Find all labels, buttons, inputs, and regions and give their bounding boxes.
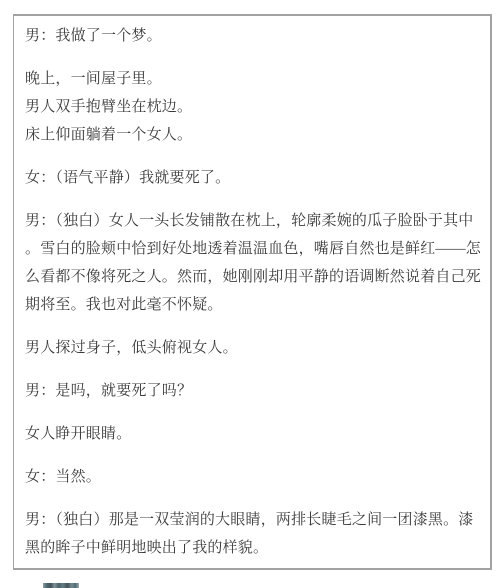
paragraph: 男：（独白）那是一双莹润的大眼睛，两排长睫毛之间一团漆黑。漆黑的眸子中鲜明地映出… — [25, 506, 480, 562]
script-line: 床上仰面躺着一个女人。 — [25, 121, 480, 149]
paragraph: 女人睁开眼睛。 — [25, 420, 480, 448]
script-line: 男：我做了一个梦。 — [25, 22, 480, 50]
script-line: 么看都不像将死之人。然而，她刚刚却用平静的语调断然说着自己死 — [25, 263, 480, 291]
paragraph: 女：（语气平静）我就要死了。 — [25, 164, 480, 192]
script-line: 晚上，一间屋子里。 — [25, 65, 480, 93]
script-line: 女：当然。 — [25, 463, 480, 491]
paragraph: 男：是吗，就要死了吗？ — [25, 377, 480, 405]
script-line: 黑的眸子中鲜明地映出了我的样貌。 — [25, 534, 480, 562]
script-line: 男人双手抱臂坐在枕边。 — [25, 93, 480, 121]
cutoff-watermark — [43, 583, 79, 588]
paragraph: 男：我做了一个梦。 — [25, 22, 480, 50]
script-line: 男：是吗，就要死了吗？ — [25, 377, 480, 405]
script-line: 女：（语气平静）我就要死了。 — [25, 164, 480, 192]
script-paragraphs: 男：我做了一个梦。晚上，一间屋子里。男人双手抱臂坐在枕边。床上仰面躺着一个女人。… — [25, 22, 480, 562]
script-line: 男：（独白）那是一双莹润的大眼睛，两排长睫毛之间一团漆黑。漆 — [25, 506, 480, 534]
script-line: 期将至。我也对此毫不怀疑。 — [25, 291, 480, 319]
script-line: 男：（独白）女人一头长发铺散在枕上，轮廓柔婉的瓜子脸卧于其中 — [25, 207, 480, 235]
paragraph: 男人探过身子，低头俯视女人。 — [25, 334, 480, 362]
paragraph: 晚上，一间屋子里。男人双手抱臂坐在枕边。床上仰面躺着一个女人。 — [25, 65, 480, 149]
script-document-panel: 男：我做了一个梦。晚上，一间屋子里。男人双手抱臂坐在枕边。床上仰面躺着一个女人。… — [13, 14, 492, 570]
paragraph: 男：（独白）女人一头长发铺散在枕上，轮廓柔婉的瓜子脸卧于其中。雪白的脸颊中恰到好… — [25, 207, 480, 319]
page-root: { "page": { "background": "#ffffff" }, "… — [0, 0, 499, 588]
paragraph: 女：当然。 — [25, 463, 480, 491]
script-line: 女人睁开眼睛。 — [25, 420, 480, 448]
script-line: 男人探过身子，低头俯视女人。 — [25, 334, 480, 362]
script-line: 。雪白的脸颊中恰到好处地透着温温血色，嘴唇自然也是鲜红——怎 — [25, 235, 480, 263]
